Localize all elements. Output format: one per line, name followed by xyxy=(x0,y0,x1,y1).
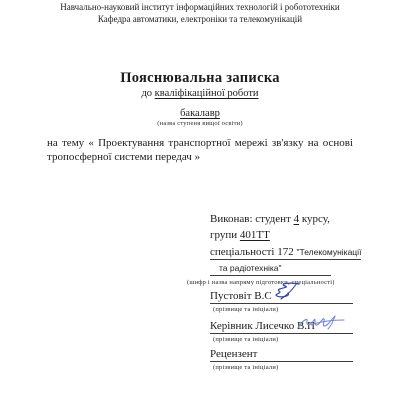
student-caption: (прізвище та ініціали) xyxy=(213,306,278,313)
specialty-line-2: та радіотехніка" xyxy=(210,262,331,276)
student-signature-line: Пустовіт В.С xyxy=(210,290,353,304)
reviewer-caption: (прізвище та ініціали) xyxy=(213,364,278,371)
performed-suffix: курсу, xyxy=(302,213,330,225)
specialty-name-line2: та радіотехніка" xyxy=(219,263,282,273)
reviewer-signature-line: Рецензент xyxy=(210,348,353,362)
student-name: Пустовіт В.С xyxy=(210,290,272,302)
specialty-line: спеціальності 172 "Телекомунікації xyxy=(210,246,361,260)
specialty-label: спеціальності xyxy=(210,246,275,258)
document-subtitle: до кваліфікаційної роботи xyxy=(0,88,400,99)
topic-line-2: тропосферної системи передач » xyxy=(47,151,353,165)
institute-header: Навчально-науковий інститут інформаційни… xyxy=(0,2,400,25)
institute-name: Навчально-науковий інститут інформаційни… xyxy=(0,2,400,14)
supervisor-caption: (прізвище та ініціали) xyxy=(213,336,278,343)
specialty-caption: (шифр і назва напряму підготовки, спеціа… xyxy=(187,279,347,286)
subtitle-work-type: кваліфікаційної роботи xyxy=(155,88,259,99)
group-value: 401ТТ xyxy=(240,229,270,241)
topic-line-1: на тему « Проектування транспортної мере… xyxy=(47,137,353,151)
group-label: групи xyxy=(210,229,237,241)
topic-statement: на тему « Проектування транспортної мере… xyxy=(47,137,353,164)
course-number: 4 xyxy=(294,213,300,225)
document-title: Пояснювальна записка xyxy=(0,70,400,87)
subtitle-prefix: до xyxy=(141,88,152,99)
performed-by-line: Виконав: студент 4 курсу, xyxy=(210,213,330,225)
specialty-name-line1: "Телекомунікації xyxy=(297,247,362,257)
reviewer-label: Рецензент xyxy=(210,348,257,360)
supervisor-signature-line: Керівник Лисечко В.П xyxy=(210,320,353,334)
supervisor-label: Керівник xyxy=(210,320,253,332)
degree-level: бакалавр xyxy=(0,108,400,119)
degree-caption: (назва ступеня вищої освіти) xyxy=(0,120,400,127)
title-page: Навчально-науковий інститут інформаційни… xyxy=(0,0,400,400)
supervisor-name: Лисечко В.П xyxy=(255,320,315,332)
group-line: групи 401ТТ xyxy=(210,229,270,241)
department-name: Кафедра автоматики, електроніки та телек… xyxy=(0,14,400,26)
specialty-code: 172 xyxy=(277,246,294,258)
performed-prefix: Виконав: студент xyxy=(210,213,291,225)
